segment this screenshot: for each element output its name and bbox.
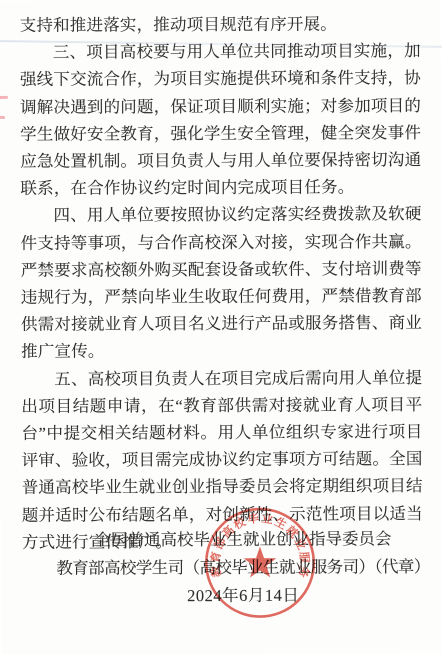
scanned-document-page: 支持和推进落实，推动项目规范有序开展。 三、项目高校要与用人单位共同推动项目实施… bbox=[0, 0, 442, 654]
official-red-seal: 教育部高校毕业生就业服务司 bbox=[203, 506, 317, 620]
seal-star-icon bbox=[244, 546, 277, 577]
paragraph-continuation: 支持和推进落实，推动项目规范有序开展。 bbox=[20, 10, 421, 39]
document-body: 支持和推进落实，推动项目规范有序开展。 三、项目高校要与用人单位共同推动项目实施… bbox=[20, 10, 423, 556]
scan-artifact-tick bbox=[0, 96, 8, 99]
paragraph-item-4: 四、用人单位要按照协议约定落实经费拨款及软硬件支持等事项，与合作高校深入对接，实… bbox=[20, 201, 422, 366]
paragraph-item-3: 三、项目高校要与用人单位共同推动项目实施，加强线下交流合作，为项目实施提供环境和… bbox=[20, 37, 422, 202]
scan-artifact-tick bbox=[0, 116, 5, 119]
